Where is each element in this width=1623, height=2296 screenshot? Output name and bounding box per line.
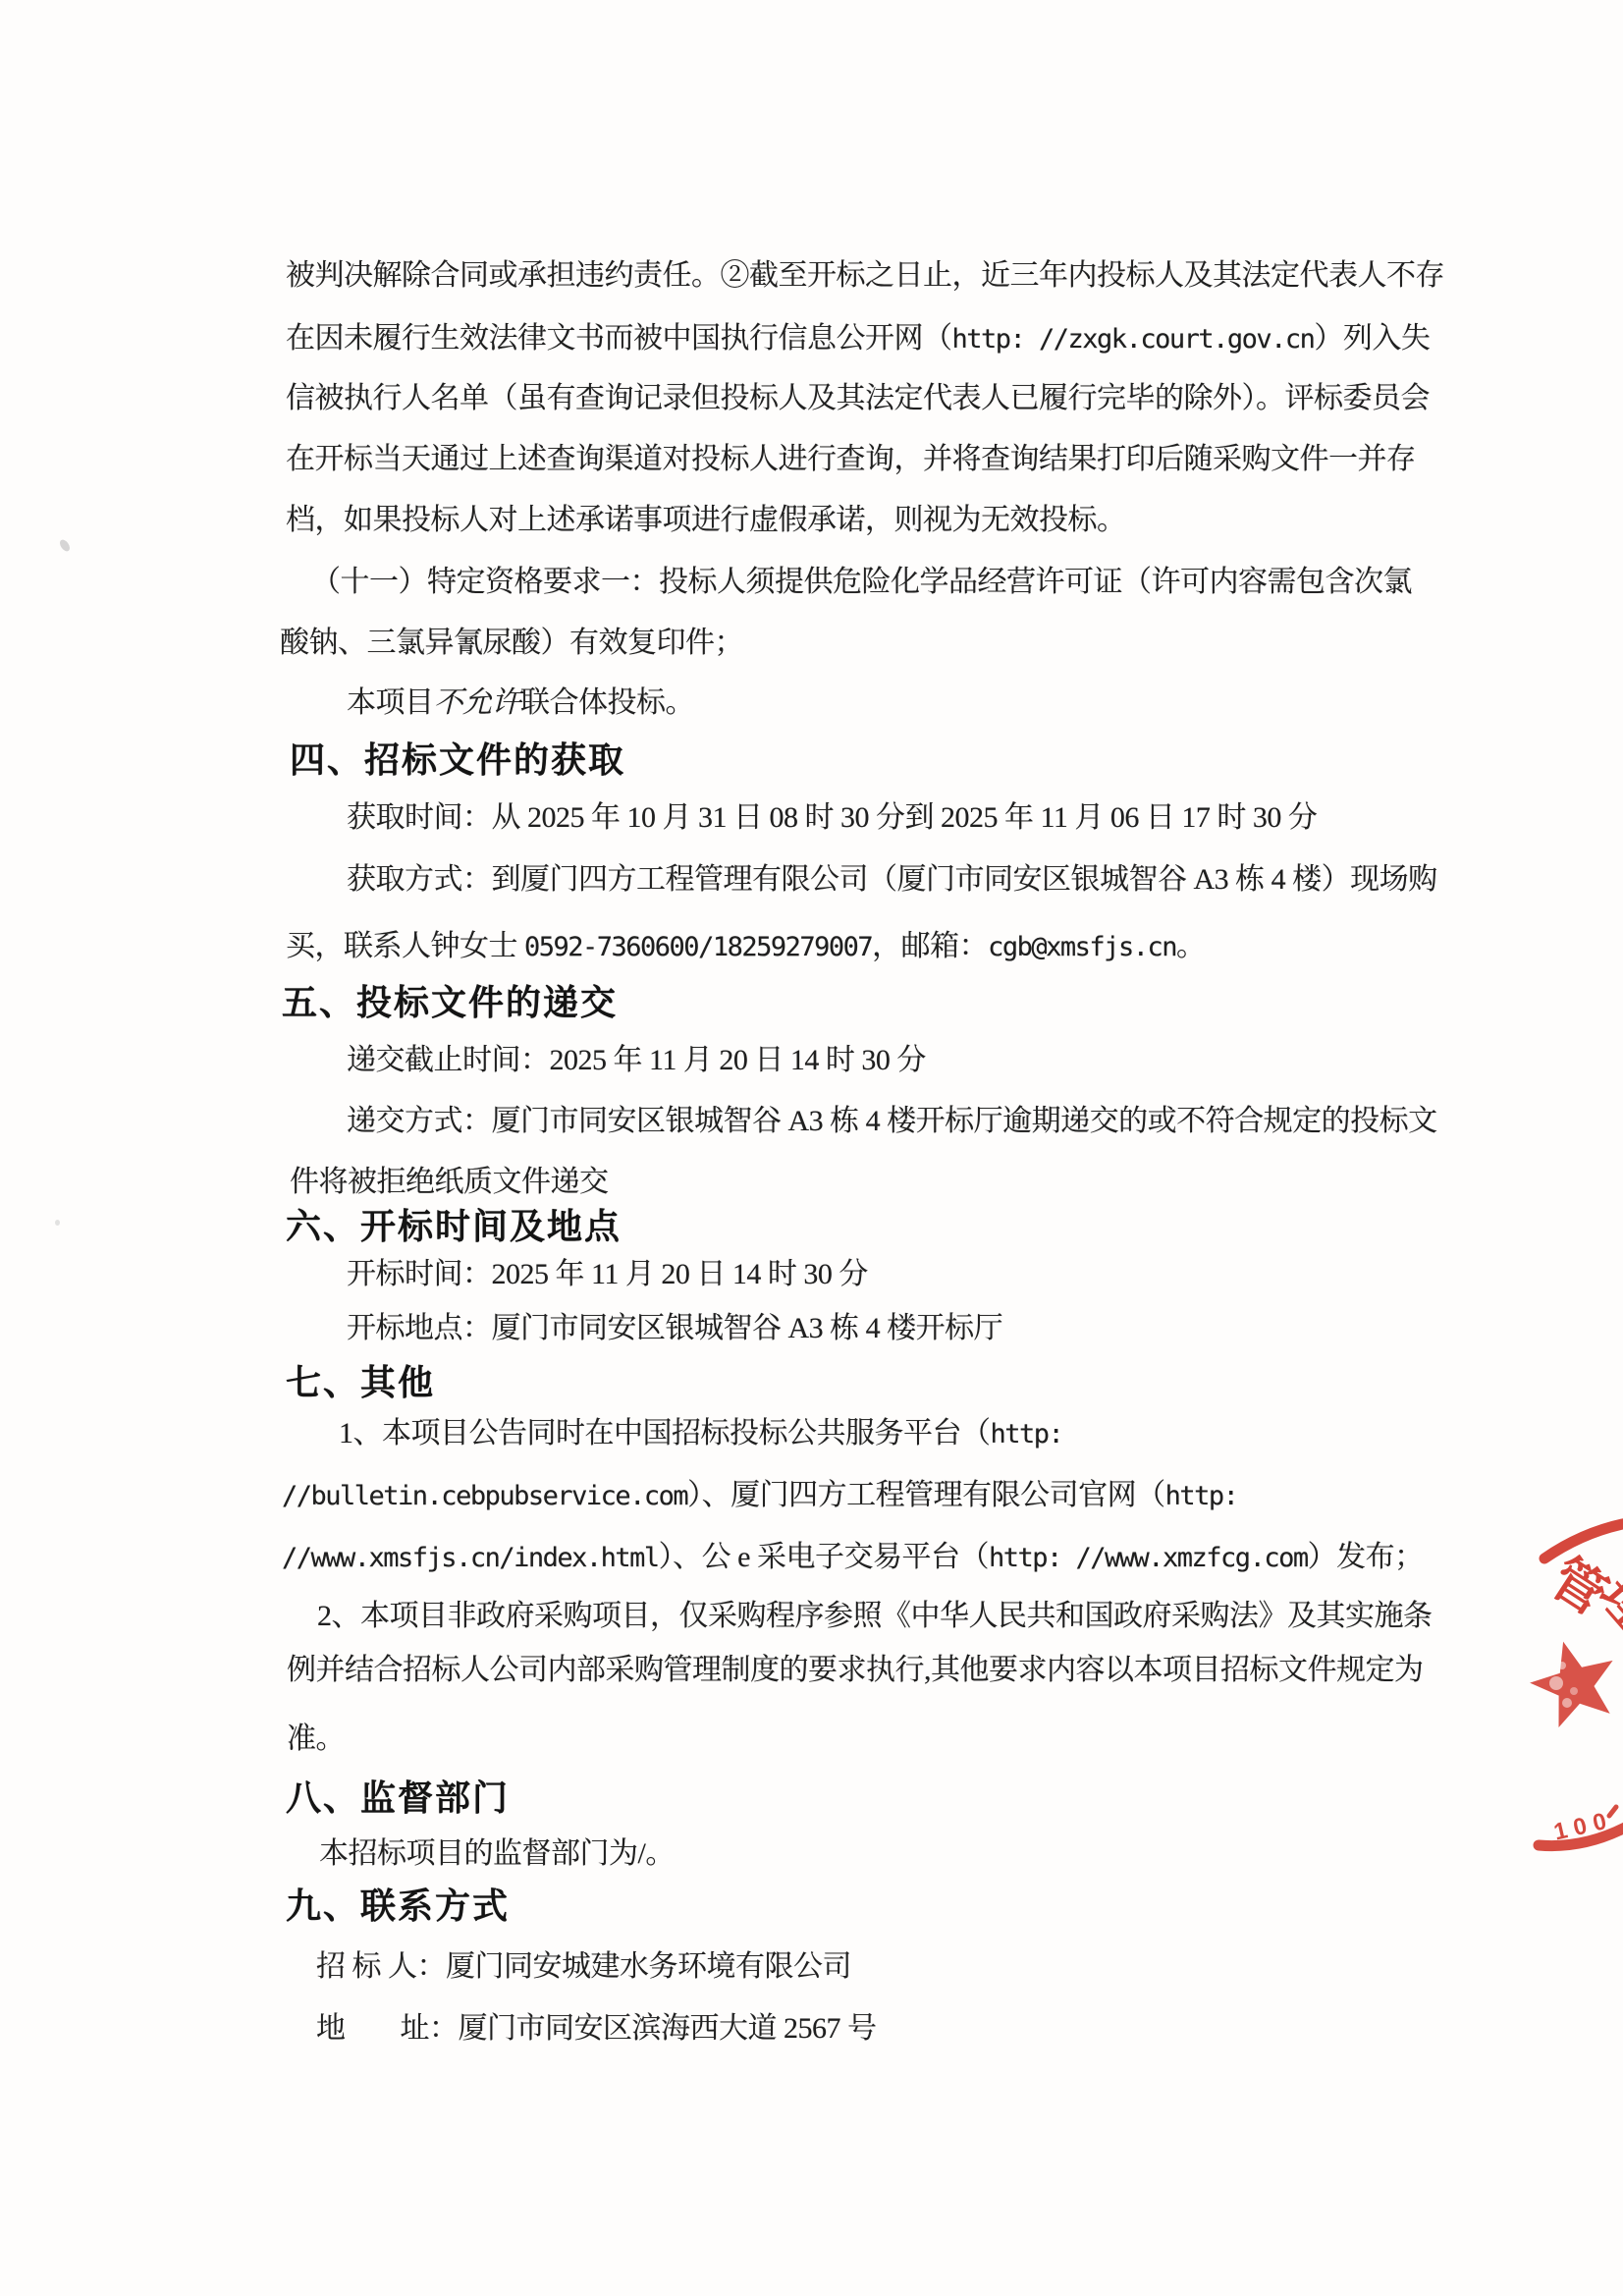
text-run: 获取时间：从 2025 年 10 月 31 日 08 时 30 分到 2025 … bbox=[347, 801, 1317, 834]
document-page: 被判决解除合同或承担违约责任。②截至开标之日止，近三年内投标人及其法定代表人不存… bbox=[0, 0, 1623, 2296]
text-line: 准。 bbox=[287, 1722, 345, 1757]
text-line: 招 标 人：厦门同安城建水务环境有限公司 bbox=[316, 1949, 851, 1985]
text-run: （十一）特定资格要求一：投标人须提供危险化学品经营许可证（许可内容需包含次氯 bbox=[311, 566, 1412, 598]
text-line: 递交方式：厦门市同安区银城智谷 A3 栋 4 楼开标厅逾期递交的或不符合规定的投… bbox=[347, 1104, 1437, 1139]
text-run: 例并结合招标人公司内部采购管理制度的要求执行,其他要求内容以本项目招标文件规定为 bbox=[287, 1654, 1424, 1686]
text-run: 地 址：厦门市同安区滨海西大道 2567 号 bbox=[316, 2012, 877, 2045]
text-run: 八、监督部门 bbox=[286, 1777, 510, 1818]
text-line: 在开标当天通过上述查询渠道对投标人进行查询，并将查询结果打印后随采购文件一并存 bbox=[286, 442, 1416, 477]
text-line: 2、本项目非政府采购项目，仅采购程序参照《中华人民共和国政府采购法》及其实施条 bbox=[317, 1599, 1433, 1634]
text-run: 获取方式：到厦门四方工程管理有限公司（厦门市同安区银城智谷 A3 栋 4 楼）现… bbox=[347, 863, 1437, 896]
text-line: 1、本项目公告同时在中国招标投标公共服务平台（http: bbox=[339, 1416, 1062, 1452]
text-line: 被判决解除合同或承担违约责任。②截至开标之日止，近三年内投标人及其法定代表人不存 bbox=[286, 258, 1444, 294]
text-run: 件将被拒绝纸质文件递交 bbox=[290, 1166, 609, 1198]
text-run: 本项目 bbox=[347, 686, 434, 719]
text-run: 联合体投标。 bbox=[520, 686, 694, 719]
text-run-latin: http: //zxgk.court.gov.cn bbox=[952, 324, 1315, 355]
section-heading: 八、监督部门 bbox=[286, 1777, 510, 1819]
section-heading: 五、投标文件的递交 bbox=[282, 982, 618, 1023]
text-run: ，邮箱： bbox=[872, 930, 988, 962]
text-line: 地 址：厦门市同安区滨海西大道 2567 号 bbox=[316, 2011, 877, 2047]
text-line: 在因未履行生效法律文书而被中国执行信息公开网（http: //zxgk.cour… bbox=[286, 321, 1430, 357]
text-run: 被判决解除合同或承担违约责任。②截至开标之日止，近三年内投标人及其法定代表人不存 bbox=[286, 259, 1444, 292]
text-run: 准。 bbox=[287, 1722, 345, 1755]
text-run-latin: //bulletin.cebpubservice.com bbox=[282, 1481, 687, 1511]
section-heading: 四、招标文件的获取 bbox=[290, 739, 625, 781]
text-run: 九、联系方式 bbox=[286, 1886, 510, 1926]
text-line: 买，联系人钟女士 0592-7360600/18259279007，邮箱：cgb… bbox=[286, 929, 1205, 965]
text-run: 开标时间：2025 年 11 月 20 日 14 时 30 分 bbox=[347, 1258, 868, 1290]
text-run: 酸钠、三氯异氰尿酸）有效复印件； bbox=[280, 627, 743, 659]
text-run: 。 bbox=[1176, 930, 1206, 962]
text-run-latin: http: bbox=[991, 1419, 1063, 1449]
text-run: 信被执行人名单（虽有查询记录但投标人及其法定代表人已履行完毕的除外）。评标委员会 bbox=[286, 382, 1430, 414]
text-run: 在因未履行生效法律文书而被中国执行信息公开网（ bbox=[286, 322, 952, 355]
text-line: 例并结合招标人公司内部采购管理制度的要求执行,其他要求内容以本项目招标文件规定为 bbox=[287, 1653, 1424, 1688]
text-run: 四、招标文件的获取 bbox=[290, 739, 625, 780]
text-line: //bulletin.cebpubservice.com）、厦门四方工程管理有限… bbox=[282, 1478, 1237, 1514]
text-run: 七、其他 bbox=[286, 1362, 435, 1402]
text-line: 获取方式：到厦门四方工程管理有限公司（厦门市同安区银城智谷 A3 栋 4 楼）现… bbox=[347, 862, 1437, 898]
scan-speck bbox=[55, 1220, 60, 1226]
text-run: 2、本项目非政府采购项目，仅采购程序参照《中华人民共和国政府采购法》及其实施条 bbox=[317, 1600, 1433, 1632]
text-line: 获取时间：从 2025 年 10 月 31 日 08 时 30 分到 2025 … bbox=[347, 800, 1317, 836]
text-line: //www.xmsfjs.cn/index.html）、公 e 采电子交易平台（… bbox=[282, 1540, 1424, 1576]
text-run: ）、公 e 采电子交易平台（ bbox=[659, 1541, 989, 1573]
text-run: 六、开标时间及地点 bbox=[286, 1206, 622, 1246]
text-line: 开标地点：厦门市同安区银城智谷 A3 栋 4 楼开标厅 bbox=[347, 1311, 1002, 1346]
text-run: ）、厦门四方工程管理有限公司官网（ bbox=[687, 1479, 1165, 1511]
text-run: 开标地点：厦门市同安区银城智谷 A3 栋 4 楼开标厅 bbox=[347, 1312, 1002, 1344]
text-line: 件将被拒绝纸质文件递交 bbox=[290, 1165, 609, 1200]
text-run: 1、本项目公告同时在中国招标投标公共服务平台（ bbox=[339, 1417, 991, 1449]
text-line: 信被执行人名单（虽有查询记录但投标人及其法定代表人已履行完毕的除外）。评标委员会 bbox=[286, 381, 1430, 416]
text-run: 买，联系人钟女士 bbox=[286, 930, 524, 962]
text-run: 递交方式：厦门市同安区银城智谷 A3 栋 4 楼开标厅逾期递交的或不符合规定的投… bbox=[347, 1105, 1437, 1137]
text-line: 本项目不允许联合体投标。 bbox=[347, 685, 694, 721]
section-heading: 九、联系方式 bbox=[286, 1886, 510, 1927]
text-run: ）列入失 bbox=[1314, 322, 1430, 355]
section-heading: 六、开标时间及地点 bbox=[286, 1206, 622, 1247]
text-run-latin: http: bbox=[1165, 1481, 1238, 1511]
document-text: 被判决解除合同或承担违约责任。②截至开标之日止，近三年内投标人及其法定代表人不存… bbox=[0, 0, 1623, 2296]
text-line: 本招标项目的监督部门为/。 bbox=[319, 1836, 675, 1872]
text-run: 不允许 bbox=[434, 686, 521, 719]
text-run: 招 标 人：厦门同安城建水务环境有限公司 bbox=[316, 1950, 851, 1983]
text-line: 酸钠、三氯异氰尿酸）有效复印件； bbox=[280, 626, 743, 661]
text-run-latin: http: //www.xmzfcg.com bbox=[989, 1543, 1308, 1573]
text-run-latin: //www.xmsfjs.cn/index.html bbox=[282, 1543, 659, 1573]
text-line: （十一）特定资格要求一：投标人须提供危险化学品经营许可证（许可内容需包含次氯 bbox=[311, 565, 1412, 600]
text-run: ）发布； bbox=[1308, 1541, 1424, 1573]
section-heading: 七、其他 bbox=[286, 1362, 435, 1403]
text-run: 在开标当天通过上述查询渠道对投标人进行查询，并将查询结果打印后随采购文件一并存 bbox=[286, 443, 1416, 475]
text-run: 档，如果投标人对上述承诺事项进行虚假承诺，则视为无效投标。 bbox=[286, 504, 1126, 536]
text-run-latin: cgb@xmsfjs.cn bbox=[988, 932, 1176, 962]
text-run: 递交截止时间：2025 年 11 月 20 日 14 时 30 分 bbox=[347, 1044, 926, 1076]
text-line: 档，如果投标人对上述承诺事项进行虚假承诺，则视为无效投标。 bbox=[286, 503, 1126, 538]
text-run: 本招标项目的监督部门为/。 bbox=[319, 1837, 675, 1870]
text-line: 开标时间：2025 年 11 月 20 日 14 时 30 分 bbox=[347, 1257, 868, 1292]
text-run: 五、投标文件的递交 bbox=[282, 982, 618, 1022]
text-line: 递交截止时间：2025 年 11 月 20 日 14 时 30 分 bbox=[347, 1043, 926, 1078]
text-run-latin: 0592-7360600/18259279007 bbox=[524, 932, 872, 962]
